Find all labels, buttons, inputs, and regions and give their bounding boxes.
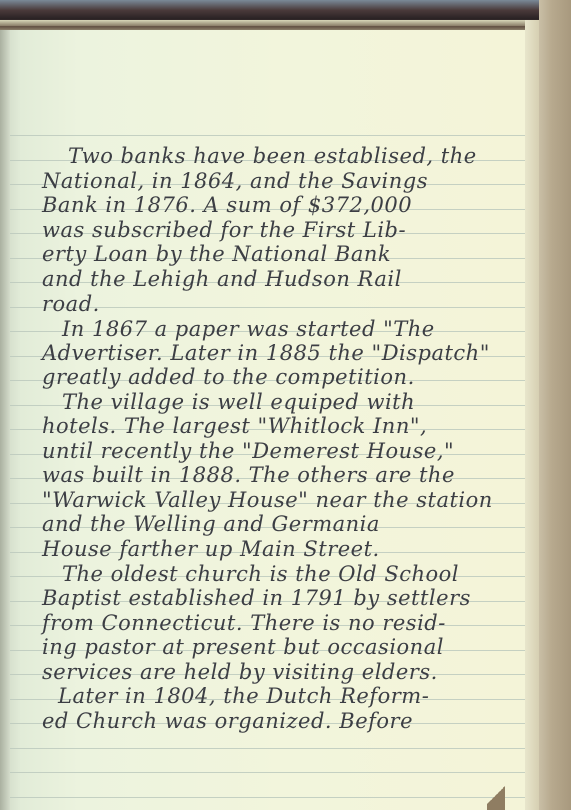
ruled-line	[10, 748, 525, 749]
handwritten-line: erty Loan by the National Bank	[42, 242, 391, 266]
handwritten-line: and the Welling and Germania	[42, 512, 380, 536]
handwritten-line: and the Lehigh and Hudson Rail	[42, 267, 402, 291]
notebook-top-binding	[0, 0, 571, 34]
ruled-line	[10, 772, 525, 773]
handwritten-line: road.	[42, 292, 100, 316]
ruled-line	[10, 135, 525, 136]
page-fore-edge	[525, 20, 539, 810]
ruled-line	[10, 797, 525, 798]
handwritten-line: Later in 1804, the Dutch Reform-	[58, 684, 429, 708]
handwritten-line: until recently the "Demerest House,"	[42, 439, 454, 463]
handwritten-line: Advertiser. Later in 1885 the "Dispatch"	[42, 341, 490, 365]
handwritten-line: from Connecticut. There is no resid-	[42, 611, 446, 635]
handwritten-line: "Warwick Valley House" near the station	[42, 488, 493, 512]
handwritten-line: was built in 1888. The others are the	[42, 463, 455, 487]
handwritten-line: ing pastor at present but occasional	[42, 635, 444, 659]
handwritten-line: services are held by visiting elders.	[42, 660, 438, 684]
handwritten-line: Baptist established in 1791 by settlers	[42, 586, 471, 610]
notebook-cover-edge	[539, 0, 571, 810]
handwritten-line: National, in 1864, and the Savings	[42, 169, 428, 193]
notebook-page: Two banks have been establised, the Nati…	[0, 30, 525, 810]
handwritten-line: greatly added to the competition.	[42, 365, 415, 389]
handwritten-line: was subscribed for the First Lib-	[42, 218, 406, 242]
handwritten-line: In 1867 a paper was started "The	[62, 317, 435, 341]
handwritten-line: The village is well equiped with	[62, 390, 415, 414]
handwritten-line: Two banks have been establised, the	[68, 144, 477, 168]
handwritten-line: House farther up Main Street.	[42, 537, 380, 561]
handwritten-line: The oldest church is the Old School	[62, 562, 459, 586]
page-top-edge	[0, 20, 531, 26]
handwritten-line: hotels. The largest "Whitlock Inn",	[42, 414, 427, 438]
page-corner	[487, 780, 505, 810]
handwritten-line: ed Church was organized. Before	[42, 709, 413, 733]
handwritten-line: Bank in 1876. A sum of $372,000	[42, 193, 412, 217]
page-gutter	[0, 30, 10, 810]
